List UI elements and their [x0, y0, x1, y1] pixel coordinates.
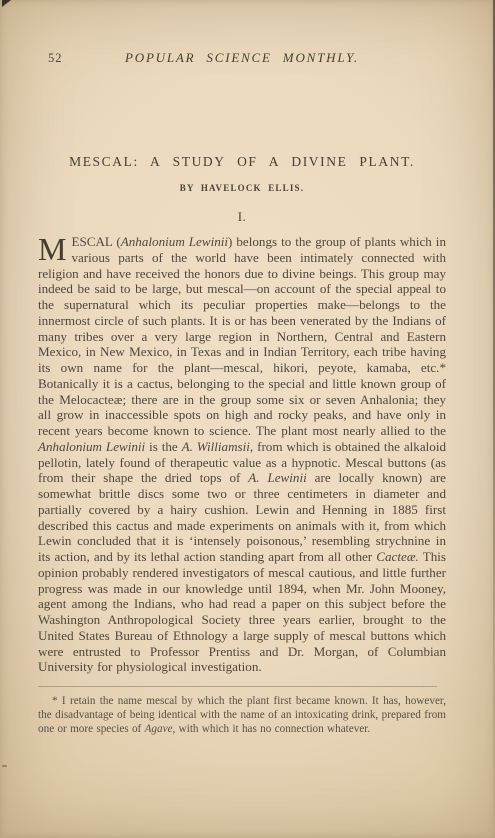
text-segment: This opinion probably rendered investiga… [38, 549, 446, 674]
article-title: MESCAL: A STUDY OF A DIVINE PLANT. [38, 154, 446, 170]
footnote-segment: with which it has no connection whatever… [175, 723, 370, 735]
text-segment-italic: Anhalonium Lewinii [121, 234, 228, 249]
footnote: * I retain the name mescal by which the … [38, 694, 446, 736]
footnote-segment-italic: Agave, [145, 723, 176, 735]
running-head: 52 POPULAR SCIENCE MONTHLY. [38, 50, 446, 66]
text-segment: ESCAL ( [71, 234, 120, 249]
article-paragraph: MESCAL (Anhalonium Lewinii) belongs to t… [38, 234, 446, 675]
text-segment-italic: Cacteæ. [376, 549, 419, 564]
page-corner-notch [2, 0, 11, 7]
scan-speck [2, 765, 7, 767]
text-segment-italic: Anhalonium Lewinii [38, 439, 145, 454]
journal-title: POPULAR SCIENCE MONTHLY. [38, 50, 446, 66]
page-number: 52 [48, 51, 63, 66]
drop-cap: M [38, 234, 71, 262]
text-segment-italic: A. Williamsii, [182, 439, 254, 454]
text-segment: is the [145, 439, 181, 454]
byline: BY HAVELOCK ELLIS. [38, 183, 446, 193]
section-number: I. [38, 209, 446, 225]
text-segment-italic: A. Lewinii [248, 470, 306, 485]
footnote-separator [38, 686, 437, 687]
text-segment: ) belongs to the group of plants which i… [38, 234, 446, 438]
scanned-page: 52 POPULAR SCIENCE MONTHLY. MESCAL: A ST… [0, 0, 495, 838]
